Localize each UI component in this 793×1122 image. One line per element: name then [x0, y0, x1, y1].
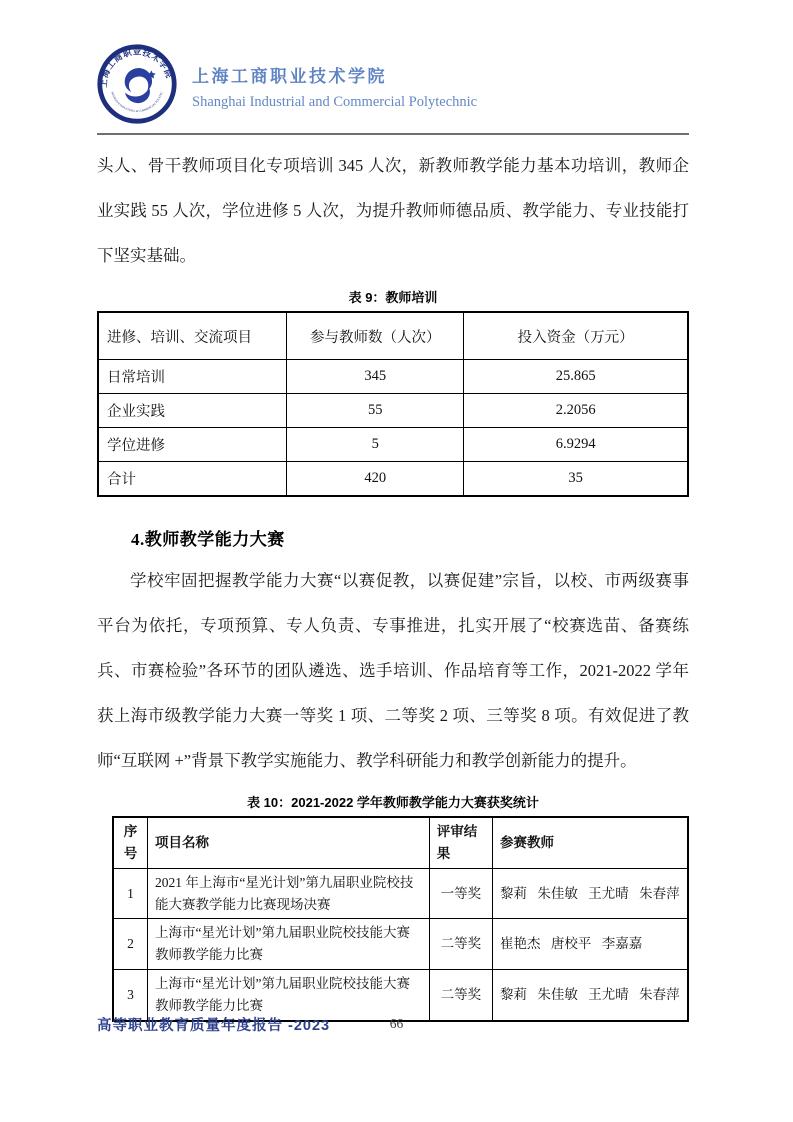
page-header: 上海工商职业技术学院 SHANGHAI INDUSTRIAL & COMMERC…: [97, 44, 689, 124]
table-cell: 一等奖: [429, 868, 492, 919]
table-cell: 25.865: [464, 360, 688, 394]
table-cell: 日常培训: [98, 360, 287, 394]
body-paragraph-1: 头人、骨干教师项目化专项培训 345 人次，新教师教学能力基本功培训，教师企业实…: [97, 143, 689, 278]
school-name-block: 上海工商职业技术学院 Shanghai Industrial and Comme…: [192, 58, 477, 111]
table-cell: 2: [113, 919, 148, 970]
table10-header-no: 序号: [113, 817, 148, 868]
teacher-training-table: 进修、培训、交流项目 参与教师数（人次） 投入资金（万元） 日常培训 345 2…: [97, 311, 689, 497]
table-cell: 345: [287, 360, 464, 394]
table-cell: 二等奖: [429, 919, 492, 970]
table10-header-project: 项目名称: [148, 817, 430, 868]
table-row: 2 上海市“星光计划”第九届职业院校技能大赛教师教学能力比赛 二等奖 崔艳杰 唐…: [113, 919, 688, 970]
table10-caption: 表 10：2021-2022 学年教师教学能力大赛获奖统计: [97, 792, 689, 811]
table-cell: 上海市“星光计划”第九届职业院校技能大赛教师教学能力比赛: [148, 919, 430, 970]
table10-header-teachers: 参赛教师: [493, 817, 689, 868]
table9-header-funds: 投入资金（万元）: [464, 312, 688, 360]
header-divider: [97, 133, 689, 135]
table-row: 学位进修 5 6.9294: [98, 428, 688, 462]
table-row: 企业实践 55 2.2056: [98, 394, 688, 428]
table-cell: 55: [287, 394, 464, 428]
table-cell: 1: [113, 868, 148, 919]
page-footer: 高等职业教育质量年度报告 -2023 66: [0, 1014, 793, 1040]
table-row: 日常培训 345 25.865: [98, 360, 688, 394]
school-name-zh: 上海工商职业技术学院: [192, 62, 477, 87]
table9-header-project: 进修、培训、交流项目: [98, 312, 287, 360]
table10-container: 序号 项目名称 评审结果 参赛教师 1 2021 年上海市“星光计划”第九届职业…: [112, 816, 689, 1022]
table-cell: 2021 年上海市“星光计划”第九届职业院校技能大赛教学能力比赛现场决赛: [148, 868, 430, 919]
table-cell: 企业实践: [98, 394, 287, 428]
footer-report-title: 高等职业教育质量年度报告 -2023: [97, 1014, 330, 1035]
table10-header-result: 评审结果: [429, 817, 492, 868]
section-heading: 4.教师教学能力大赛: [131, 525, 689, 550]
table9-header-count: 参与教师数（人次）: [287, 312, 464, 360]
school-name-en: Shanghai Industrial and Commercial Polyt…: [192, 94, 477, 111]
table-cell: 合计: [98, 462, 287, 497]
school-logo: 上海工商职业技术学院 SHANGHAI INDUSTRIAL & COMMERC…: [97, 44, 177, 124]
table9-caption: 表 9：教师培训: [97, 287, 689, 306]
table-row: 1 2021 年上海市“星光计划”第九届职业院校技能大赛教学能力比赛现场决赛 一…: [113, 868, 688, 919]
table-cell: 学位进修: [98, 428, 287, 462]
competition-awards-table: 序号 项目名称 评审结果 参赛教师 1 2021 年上海市“星光计划”第九届职业…: [112, 816, 689, 1022]
table-cell: 35: [464, 462, 688, 497]
table-cell: 6.9294: [464, 428, 688, 462]
table-cell: 420: [287, 462, 464, 497]
report-page: 上海工商职业技术学院 SHANGHAI INDUSTRIAL & COMMERC…: [0, 0, 793, 1022]
table-cell: 黎莉 朱佳敏 王尤晴 朱春萍: [493, 868, 689, 919]
table-cell: 2.2056: [464, 394, 688, 428]
table-header-row: 序号 项目名称 评审结果 参赛教师: [113, 817, 688, 868]
table-cell: 崔艳杰 唐校平 李嘉嘉: [493, 919, 689, 970]
table-cell: 5: [287, 428, 464, 462]
table-header-row: 进修、培训、交流项目 参与教师数（人次） 投入资金（万元）: [98, 312, 688, 360]
body-paragraph-2: 学校牢固把握教学能力大赛“以赛促教，以赛促建”宗旨，以校、市两级赛事平台为依托，…: [97, 558, 689, 783]
table-row: 合计 420 35: [98, 462, 688, 497]
